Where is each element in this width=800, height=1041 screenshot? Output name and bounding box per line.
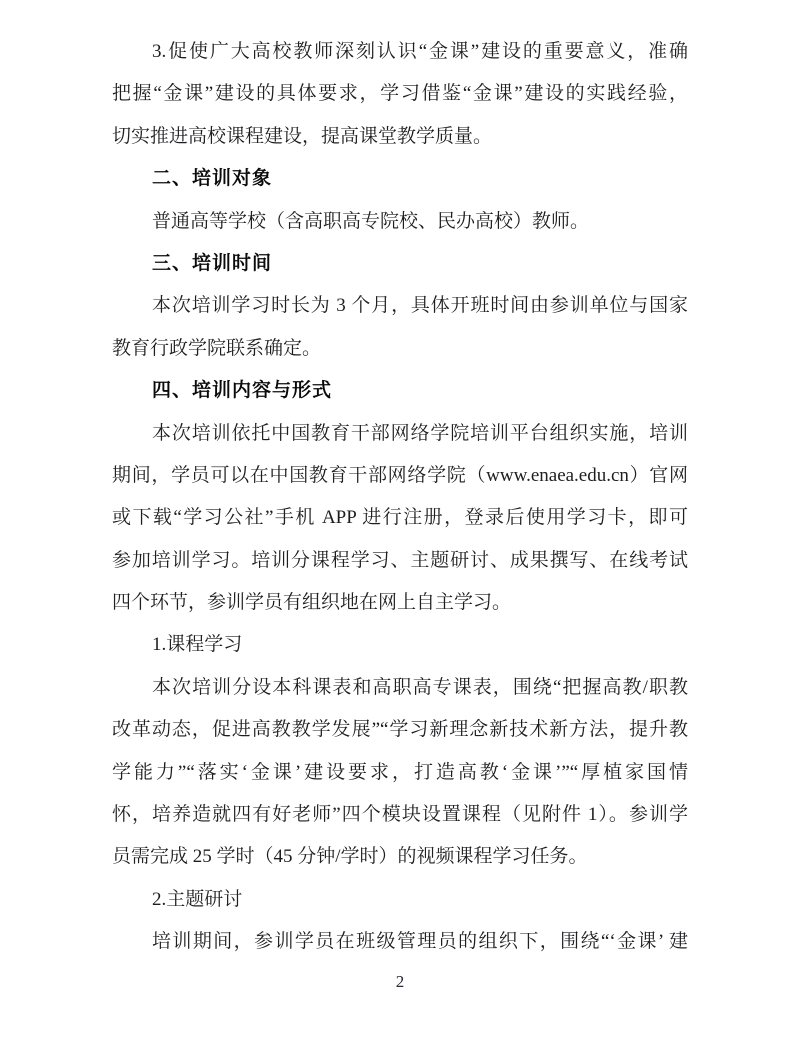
text-line: 或下载“学习公社”手机 APP 进行注册，登录后使用学习卡，即可 — [112, 497, 688, 539]
text-line: 四个环节，参训学员有组织地在网上自主学习。 — [112, 582, 688, 624]
text-line: 改革动态，促进高教教学发展”“学习新理念新技术新方法，提升教 — [112, 709, 688, 751]
text-line: 教育行政学院联系确定。 — [112, 328, 688, 370]
text-line: 3.促使广大高校教师深刻认识“金课”建设的重要意义，准确 — [112, 31, 688, 73]
text-line: 学能力”“落实‘金课’建设要求，打造高教‘金课’”“厚植家国情 — [112, 752, 688, 794]
section-heading: 四、培训内容与形式 — [112, 370, 688, 412]
text-line: 本次培训分设本科课表和高职高专课表，围绕“把握高教/职教 — [112, 667, 688, 709]
section-heading: 二、培训对象 — [112, 158, 688, 200]
text-line: 参加培训学习。培训分课程学习、主题研讨、成果撰写、在线考试 — [112, 540, 688, 582]
document-page: 3.促使广大高校教师深刻认识“金课”建设的重要意义，准确把握“金课”建设的具体要… — [0, 0, 800, 1041]
text-line: 怀，培养造就四有好老师”四个模块设置课程（见附件 1）。参训学 — [112, 794, 688, 836]
text-line: 普通高等学校（含高职高专院校、民办高校）教师。 — [112, 201, 688, 243]
text-line: 2.主题研讨 — [112, 879, 688, 921]
text-line: 本次培训学习时长为 3 个月，具体开班时间由参训单位与国家 — [112, 285, 688, 327]
section-heading: 三、培训时间 — [112, 243, 688, 285]
text-line: 把握“金课”建设的具体要求，学习借鉴“金课”建设的实践经验， — [112, 73, 688, 115]
text-line: 培训期间，参训学员在班级管理员的组织下，围绕“‘金课’ 建 — [112, 921, 688, 963]
text-line: 期间，学员可以在中国教育干部网络学院（www.enaea.edu.cn）官网 — [112, 455, 688, 497]
text-line: 1.课程学习 — [112, 624, 688, 666]
text-line: 员需完成 25 学时（45 分钟/学时）的视频课程学习任务。 — [112, 836, 688, 878]
page-number: 2 — [0, 972, 800, 992]
text-line: 本次培训依托中国教育干部网络学院培训平台组织实施，培训 — [112, 413, 688, 455]
text-line: 切实推进高校课程建设，提高课堂教学质量。 — [112, 116, 688, 158]
document-body: 3.促使广大高校教师深刻认识“金课”建设的重要意义，准确把握“金课”建设的具体要… — [112, 31, 688, 964]
